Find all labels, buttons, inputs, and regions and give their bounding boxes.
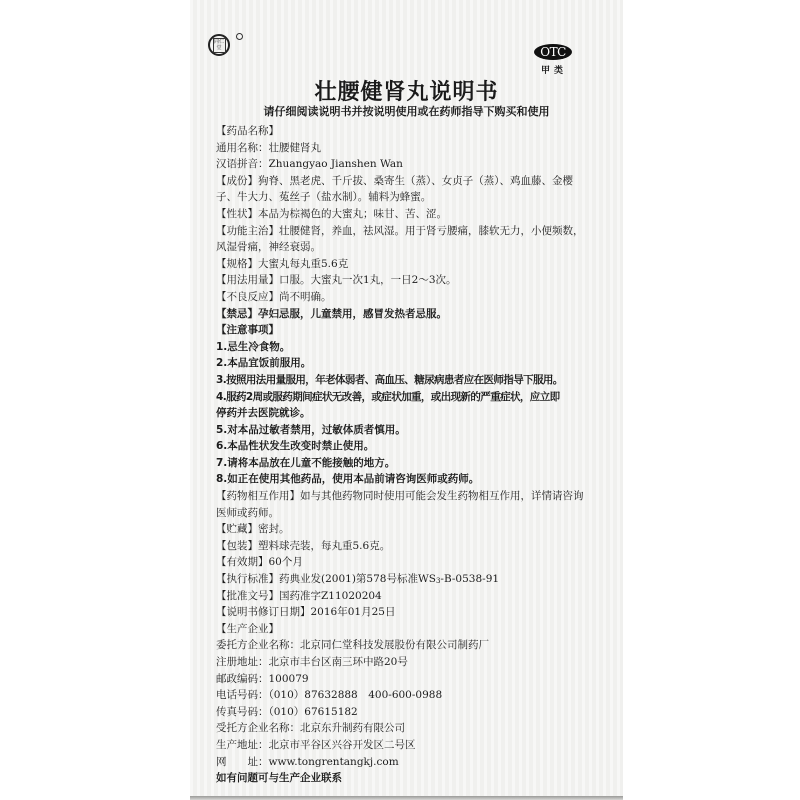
precaution-item: 8.如正在使用其他药品，使用本品前请咨询医师或药师。 [216, 471, 608, 488]
section-approval: 【批准文号】国药准字Z11020204 [216, 588, 608, 605]
section-indications: 【功能主治】壮腰健肾，养血，祛风湿。用于肾亏腰痛，膝软无力，小便频数， [216, 223, 608, 240]
precaution-item: 5.对本品过敏者禁用，过敏体质者慎用。 [216, 422, 608, 439]
revision-text: 2016年01月25日 [311, 606, 396, 618]
properties-label: 【性状】 [216, 208, 258, 220]
standard-text: 药典业发(2001)第578号标准WS [279, 573, 436, 585]
specification-label: 【规格】 [216, 258, 258, 270]
fax-number: 传真号码：（010）67615182 [216, 704, 608, 721]
ingredients-label: 【成份】 [216, 175, 258, 187]
approval-label: 【批准文号】 [216, 590, 279, 602]
logo-text: 同仁堂 [213, 38, 226, 53]
section-manufacturer-label: 【生产企业】 [216, 621, 608, 638]
pinyin-name: 汉语拼音：Zhuangyao Jianshen Wan [216, 156, 608, 173]
leaflet-body: 【药品名称】 通用名称：壮腰健肾丸 汉语拼音：Zhuangyao Jianshe… [216, 123, 608, 787]
registered-mark-icon [236, 33, 243, 40]
section-contraindications: 【禁忌】孕妇忌服，儿童禁用，感冒发热者忌服。 [216, 306, 608, 323]
section-properties: 【性状】本品为棕褐色的大蜜丸；味甘、苦、涩。 [216, 206, 608, 223]
precaution-item: 3.按照用法用量服用，年老体弱者、高血压、糖尿病患者应在医师指导下服用。 [216, 372, 608, 389]
generic-name: 通用名称：壮腰健肾丸 [216, 140, 608, 157]
shelf-life-text: 60个月 [269, 556, 303, 568]
revision-label: 【说明书修订日期】 [216, 606, 311, 618]
interactions-text: 如与其他药物同时使用可能会发生药物相互作用，详情请咨询 [300, 490, 584, 502]
section-adverse-reactions: 【不良反应】尚不明确。 [216, 289, 608, 306]
paper-shadow [190, 796, 623, 800]
entrusted-company: 受托方企业名称：北京东升制药有限公司 [216, 720, 608, 737]
packaging-text: 塑料球壳装，每丸重5.6克。 [258, 540, 390, 552]
standard-label: 【执行标准】 [216, 573, 279, 585]
section-drug-name-label: 【药品名称】 [216, 123, 608, 140]
entrusting-company: 委托方企业名称：北京同仁堂科技发展股份有限公司制药厂 [216, 637, 608, 654]
footer-contact-note: 如有问题可与生产企业联系 [216, 770, 608, 787]
website: 网 址：www.tongrentangkj.com [216, 754, 608, 771]
postal-code: 邮政编码：100079 [216, 671, 608, 688]
packaging-label: 【包装】 [216, 540, 258, 552]
ingredients-continued: 子、牛大力、菟丝子（盐水制）。辅料为蜂蜜。 [216, 189, 608, 206]
tongrentang-logo-icon: 同仁堂 [208, 34, 230, 56]
section-packaging: 【包装】塑料球壳装，每丸重5.6克。 [216, 538, 608, 555]
precaution-item: 4.服药2周或服药期间症状无改善，或症状加重，或出现新的严重症状，应立即 [216, 389, 608, 406]
storage-label: 【贮藏】 [216, 523, 258, 535]
adverse-text: 尚不明确。 [279, 291, 332, 303]
registered-address: 注册地址：北京市丰台区南三环中路20号 [216, 654, 608, 671]
precaution-item: 7.请将本品放在儿童不能接触的地方。 [216, 455, 608, 472]
approval-text: 国药准字Z11020204 [279, 590, 382, 602]
document-title: 壮腰健肾丸说明书 [190, 75, 623, 106]
section-precautions-label: 【注意事项】 [216, 322, 608, 339]
section-interactions: 【药物相互作用】如与其他药物同时使用可能会发生药物相互作用，详情请咨询 [216, 488, 608, 505]
production-address: 生产地址：北京市平谷区兴谷开发区二号区 [216, 737, 608, 754]
section-dosage: 【用法用量】口服。大蜜丸一次1丸，一日2～3次。 [216, 272, 608, 289]
precaution-item: 1.忌生冷食物。 [216, 339, 608, 356]
otc-badge: OTC [534, 44, 572, 60]
ingredients-text: 狗脊、黑老虎、千斤拔、桑寄生（蒸）、女贞子（蒸）、鸡血藤、金樱 [258, 175, 573, 187]
contraindications-label: 【禁忌】 [216, 308, 258, 320]
precaution-item: 6.本品性状发生改变时禁止使用。 [216, 438, 608, 455]
indications-label: 【功能主治】 [216, 225, 279, 237]
section-storage: 【贮藏】密封。 [216, 521, 608, 538]
precaution-item: 2.本品宜饭前服用。 [216, 355, 608, 372]
section-standard: 【执行标准】药典业发(2001)第578号标准WS3-B-0538-91 [216, 571, 608, 588]
document-subtitle: 请仔细阅读说明书并按说明使用或在药师指导下购买和使用 [190, 103, 623, 119]
interactions-label: 【药物相互作用】 [216, 490, 300, 502]
section-shelf-life: 【有效期】60个月 [216, 554, 608, 571]
dosage-label: 【用法用量】 [216, 274, 279, 286]
shelf-life-label: 【有效期】 [216, 556, 269, 568]
storage-text: 密封。 [258, 523, 290, 535]
precaution-item-continued: 停药并去医院就诊。 [216, 405, 608, 422]
dosage-text: 口服。大蜜丸一次1丸，一日2～3次。 [279, 274, 457, 286]
section-specification: 【规格】大蜜丸每丸重5.6克 [216, 256, 608, 273]
section-ingredients: 【成份】狗脊、黑老虎、千斤拔、桑寄生（蒸）、女贞子（蒸）、鸡血藤、金樱 [216, 173, 608, 190]
phone-number: 电话号码：（010）87632888 400-600-0988 [216, 687, 608, 704]
indications-continued: 风湿骨痛，神经衰弱。 [216, 239, 608, 256]
adverse-label: 【不良反应】 [216, 291, 279, 303]
contraindications-text: 孕妇忌服，儿童禁用，感冒发热者忌服。 [258, 308, 447, 320]
specification-text: 大蜜丸每丸重5.6克 [258, 258, 348, 270]
indications-text: 壮腰健肾，养血，祛风湿。用于肾亏腰痛，膝软无力，小便频数， [279, 225, 584, 237]
section-revision-date: 【说明书修订日期】2016年01月25日 [216, 604, 608, 621]
properties-text: 本品为棕褐色的大蜜丸；味甘、苦、涩。 [258, 208, 447, 220]
standard-suffix: -B-0538-91 [440, 573, 499, 585]
interactions-continued: 医师或药师。 [216, 505, 608, 522]
